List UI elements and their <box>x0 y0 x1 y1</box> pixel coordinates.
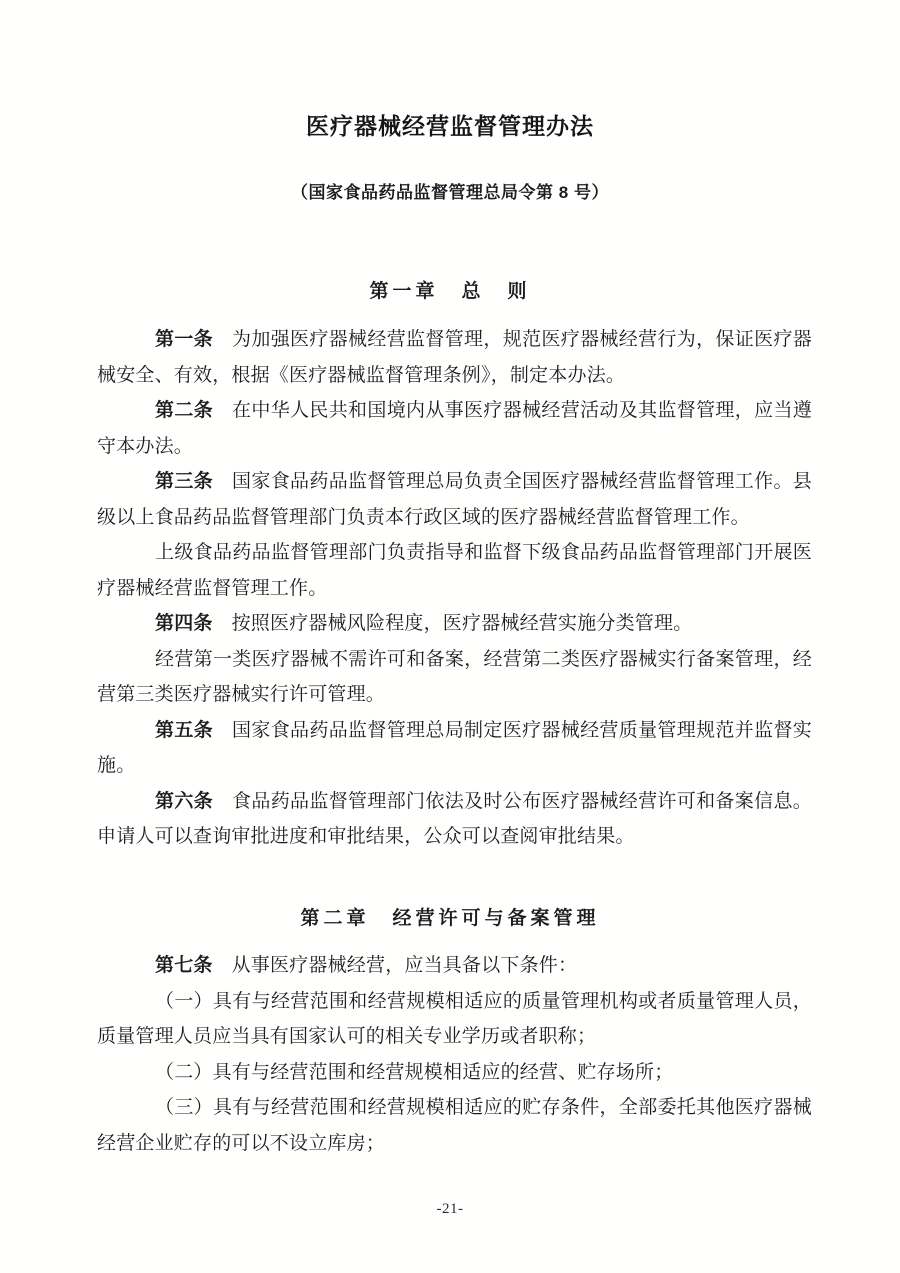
paragraph-article-3: 第三条国家食品药品监督管理总局负责全国医疗器械经营监督管理工作。县级以上食品药品… <box>97 464 812 535</box>
paragraph-article-7-item-1: （一）具有与经营范围和经营规模相适应的质量管理机构或者质量管理人员，质量管理人员… <box>97 984 812 1055</box>
chapter-1-body: 第一条为加强医疗器械经营监督管理，规范医疗器械经营行为，保证医疗器械安全、有效，… <box>97 322 812 855</box>
article-5-number: 第五条 <box>155 720 213 741</box>
paragraph-text: （三）具有与经营范围和经营规模相适应的贮存条件，全部委托其他医疗器械经营企业贮存… <box>97 1097 812 1154</box>
article-7-number: 第七条 <box>155 955 213 976</box>
paragraph-article-1: 第一条为加强医疗器械经营监督管理，规范医疗器械经营行为，保证医疗器械安全、有效，… <box>97 322 812 393</box>
paragraph-text: （一）具有与经营范围和经营规模相适应的质量管理机构或者质量管理人员，质量管理人员… <box>97 991 812 1048</box>
paragraph-article-3-continued: 上级食品药品监督管理部门负责指导和监督下级食品药品监督管理部门开展医疗器械经营监… <box>97 535 812 606</box>
paragraph-article-5: 第五条国家食品药品监督管理总局制定医疗器械经营质量管理规范并监督实施。 <box>97 713 812 784</box>
paragraph-text: 经营第一类医疗器械不需许可和备案，经营第二类医疗器械实行备案管理，经营第三类医疗… <box>97 649 812 706</box>
paragraph-text: （二）具有与经营范围和经营规模相适应的经营、贮存场所； <box>155 1062 673 1083</box>
document-page: 医疗器械经营监督管理办法 （国家食品药品监督管理总局令第 8 号） 第一章 总 … <box>0 0 900 1273</box>
paragraph-article-7-item-3: （三）具有与经营范围和经营规模相适应的贮存条件，全部委托其他医疗器械经营企业贮存… <box>97 1090 812 1161</box>
paragraph-text: 从事医疗器械经营，应当具备以下条件： <box>232 955 578 976</box>
paragraph-article-4-continued: 经营第一类医疗器械不需许可和备案，经营第二类医疗器械实行备案管理，经营第三类医疗… <box>97 642 812 713</box>
paragraph-text: 上级食品药品监督管理部门负责指导和监督下级食品药品监督管理部门开展医疗器械经营监… <box>97 542 812 599</box>
article-3-number: 第三条 <box>155 471 213 492</box>
paragraph-article-4: 第四条按照医疗器械风险程度，医疗器械经营实施分类管理。 <box>97 606 812 642</box>
article-4-number: 第四条 <box>155 613 213 634</box>
page-number: -21- <box>0 1201 900 1218</box>
document-title: 医疗器械经营监督管理办法 <box>0 108 900 141</box>
paragraph-article-6: 第六条食品药品监督管理部门依法及时公布医疗器械经营许可和备案信息。申请人可以查询… <box>97 784 812 855</box>
paragraph-article-7-item-2: （二）具有与经营范围和经营规模相适应的经营、贮存场所； <box>97 1055 812 1091</box>
chapter-2-body: 第七条从事医疗器械经营，应当具备以下条件： （一）具有与经营范围和经营规模相适应… <box>97 948 812 1161</box>
paragraph-article-2: 第二条在中华人民共和国境内从事医疗器械经营活动及其监督管理，应当遵守本办法。 <box>97 393 812 464</box>
document-subtitle: （国家食品药品监督管理总局令第 8 号） <box>0 178 900 203</box>
article-1-number: 第一条 <box>155 329 213 350</box>
paragraph-text: 按照医疗器械风险程度，医疗器械经营实施分类管理。 <box>232 613 693 634</box>
chapter-1-heading: 第一章 总 则 <box>0 276 900 303</box>
article-2-number: 第二条 <box>155 400 213 421</box>
paragraph-article-7: 第七条从事医疗器械经营，应当具备以下条件： <box>97 948 812 984</box>
chapter-2-heading: 第二章 经营许可与备案管理 <box>0 903 900 930</box>
article-6-number: 第六条 <box>155 791 213 812</box>
